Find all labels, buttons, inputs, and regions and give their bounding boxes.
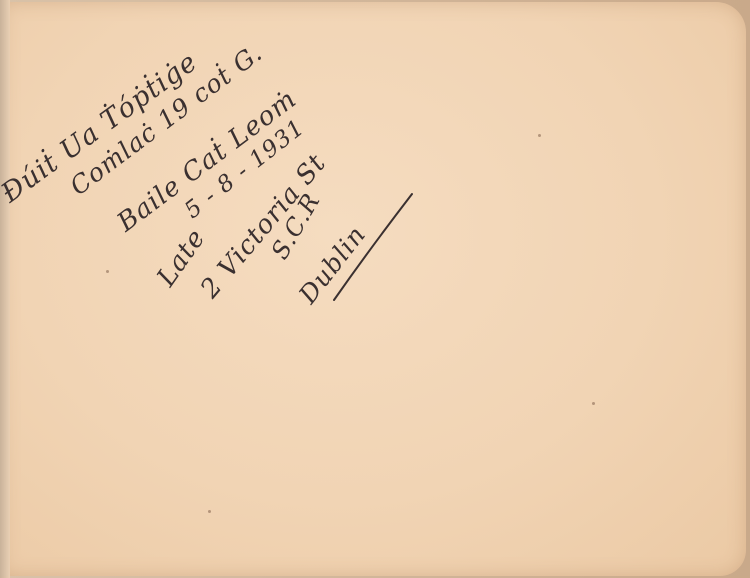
paper-spot — [106, 270, 109, 273]
page-binding-edge — [0, 0, 10, 578]
underline-flourish — [332, 190, 422, 310]
paper-spot — [208, 510, 211, 513]
paper-spot — [538, 134, 541, 137]
paper-spot — [592, 402, 595, 405]
